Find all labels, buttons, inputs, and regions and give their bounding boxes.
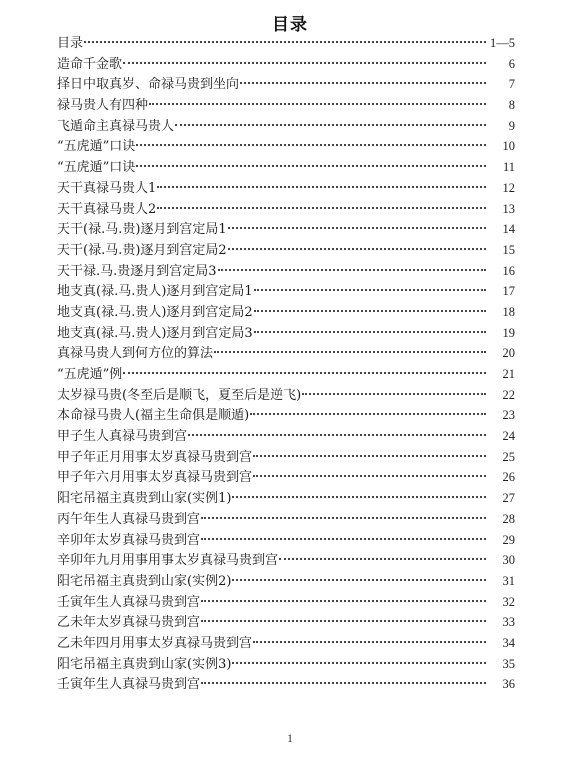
toc-entry: 天干真禄马贵人112 (57, 178, 515, 199)
toc-entry-title: 地支真(禄.马.贵人)逐月到宫定局2 (57, 303, 253, 324)
toc-entry-title: 天干(禄.马.贵)逐月到宫定局1 (57, 220, 227, 241)
toc-entry-page: 30 (489, 550, 515, 571)
page-title: 目录 (0, 10, 580, 35)
toc-entry-page: 28 (489, 509, 515, 530)
toc-entry: 辛卯年九月用事用事太岁真禄马贵到宫30 (57, 550, 515, 571)
toc-entry: 辛卯年太岁真禄马贵到宫29 (57, 530, 515, 551)
dot-leader (123, 62, 486, 64)
toc-entry-title: 目录 (57, 34, 83, 55)
toc-entry-title: “五虎遁”例 (57, 365, 122, 386)
toc-entry-title: 太岁禄马贵(冬至后是顺飞，夏至后是逆飞) (57, 386, 301, 407)
toc-entry: 地支真(禄.马.贵人)逐月到宫定局218 (57, 302, 515, 323)
toc-entry-title: 真禄马贵人到何方位的算法 (57, 344, 213, 365)
dot-leader (228, 227, 486, 229)
dot-leader (254, 310, 486, 312)
dot-leader (232, 496, 486, 498)
dot-leader (201, 517, 486, 519)
toc-entry: 择日中取真岁、命禄马贵到坐向7 (57, 74, 515, 95)
toc-entry-title: 天干真禄马贵人2 (57, 200, 156, 221)
toc-entry-title: 甲子年六月用事太岁真禄马贵到宫 (57, 468, 252, 489)
toc-entry: 甲子年六月用事太岁真禄马贵到宫26 (57, 467, 515, 488)
toc-entry: 天干(禄.马.贵)逐月到宫定局114 (57, 219, 515, 240)
dot-leader (253, 641, 486, 643)
dot-leader (302, 393, 486, 395)
toc-entry: 地支真(禄.马.贵人)逐月到宫定局117 (57, 281, 515, 302)
toc-entry-page: 21 (489, 364, 515, 385)
dot-leader (228, 248, 486, 250)
toc-entry-page: 27 (489, 488, 515, 509)
toc-entry: 太岁禄马贵(冬至后是顺飞，夏至后是逆飞)22 (57, 385, 515, 406)
dot-leader (123, 372, 486, 374)
toc-entry: 天干禄.马.贵逐月到宫定局316 (57, 261, 515, 282)
toc-entry-title: 丙午年生人真禄马贵到宫 (57, 510, 200, 531)
toc-entry-page: 9 (489, 116, 515, 137)
toc-entry: “五虎遁”口诀11 (57, 157, 515, 178)
toc-entry-page: 18 (489, 302, 515, 323)
toc-entry: 地支真(禄.马.贵人)逐月到宫定局319 (57, 323, 515, 344)
dot-leader (188, 434, 486, 436)
dot-leader (254, 289, 486, 291)
toc-entry-title: 壬寅年生人真禄马贵到宫 (57, 593, 200, 614)
toc-entry-title: 地支真(禄.马.贵人)逐月到宫定局1 (57, 282, 253, 303)
toc-entry-page: 26 (489, 467, 515, 488)
toc-entry-title: 壬寅年生人真禄马贵到宫 (57, 675, 200, 696)
toc-entry: 甲子年正月用事太岁真禄马贵到宫25 (57, 447, 515, 468)
dot-leader (214, 351, 486, 353)
toc-entry-page: 34 (489, 633, 515, 654)
toc-entry: “五虎遁”口诀10 (57, 136, 515, 157)
toc-entry-page: 25 (489, 447, 515, 468)
toc-entry-page: 16 (489, 261, 515, 282)
toc-entry-page: 35 (489, 654, 515, 675)
toc-entry-title: 天干禄.马.贵逐月到宫定局3 (57, 262, 217, 283)
dot-leader (149, 103, 486, 105)
toc-entry: 乙未年四月用事太岁真禄马贵到宫34 (57, 633, 515, 654)
toc-entry: 禄马贵人有四种8 (57, 95, 515, 116)
toc-entry: 壬寅年生人真禄马贵到宫36 (57, 674, 515, 695)
toc-entry: 本命禄马贵人(福主生命俱是顺遁)23 (57, 405, 515, 426)
toc-entry-title: 天干真禄马贵人1 (57, 179, 156, 200)
toc-entry: “五虎遁”例21 (57, 364, 515, 385)
dot-leader (232, 662, 486, 664)
toc-entry-page: 1—5 (489, 33, 515, 54)
toc-entry: 天干真禄马贵人213 (57, 199, 515, 220)
dot-leader (254, 331, 486, 333)
toc-entry-page: 8 (489, 95, 515, 116)
dot-leader (136, 144, 486, 146)
dot-leader (253, 455, 486, 457)
toc-entry-page: 7 (489, 74, 515, 95)
dot-leader (201, 538, 486, 540)
toc-entry: 乙未年太岁真禄马贵到宫33 (57, 612, 515, 633)
toc-entry: 造命千金歌6 (57, 54, 515, 75)
toc-entry-page: 29 (489, 530, 515, 551)
toc-entry-page: 19 (489, 323, 515, 344)
toc-entry-page: 22 (489, 385, 515, 406)
toc-entry-title: 本命禄马贵人(福主生命俱是顺遁) (57, 406, 249, 427)
dot-leader (175, 124, 486, 126)
toc-entry: 天干(禄.马.贵)逐月到宫定局215 (57, 240, 515, 261)
toc-entry: 丙午年生人真禄马贵到宫28 (57, 509, 515, 530)
toc-entry-page: 10 (489, 136, 515, 157)
toc-entry: 阳宅吊福主真贵到山家(实例1)27 (57, 488, 515, 509)
dot-leader (218, 269, 486, 271)
toc-entry-title: 阳宅吊福主真贵到山家(实例1) (57, 489, 231, 510)
dot-leader (253, 475, 486, 477)
toc-entry-page: 13 (489, 199, 515, 220)
toc-entry-title: 地支真(禄.马.贵人)逐月到宫定局3 (57, 324, 253, 345)
toc-entry-title: 天干(禄.马.贵)逐月到宫定局2 (57, 241, 227, 262)
toc-entry-title: “五虎遁”口诀 (57, 158, 135, 179)
toc-entry-title: 乙未年太岁真禄马贵到宫 (57, 613, 200, 634)
toc-entry-page: 6 (489, 54, 515, 75)
dot-leader (201, 682, 486, 684)
toc-entry-title: 阳宅吊福主真贵到山家(实例2) (57, 572, 231, 593)
toc-entry: 阳宅吊福主真贵到山家(实例3)35 (57, 654, 515, 675)
toc-entry-page: 23 (489, 405, 515, 426)
toc-entry-page: 11 (489, 157, 515, 178)
toc-entry-title: 阳宅吊福主真贵到山家(实例3) (57, 655, 231, 676)
toc-entry: 壬寅年生人真禄马贵到宫32 (57, 592, 515, 613)
toc-entry-title: 甲子年正月用事太岁真禄马贵到宫 (57, 448, 252, 469)
toc-entry-page: 24 (489, 426, 515, 447)
table-of-contents: 目录1—5造命千金歌6择日中取真岁、命禄马贵到坐向7禄马贵人有四种8飞遁命主真禄… (57, 33, 515, 695)
toc-entry-title: “五虎遁”口诀 (57, 137, 135, 158)
dot-leader (240, 82, 486, 84)
toc-entry-page: 15 (489, 240, 515, 261)
dot-leader (157, 207, 486, 209)
toc-entry-title: 乙未年四月用事太岁真禄马贵到宫 (57, 634, 252, 655)
toc-entry-title: 禄马贵人有四种 (57, 96, 148, 117)
toc-entry-page: 20 (489, 343, 515, 364)
toc-entry-page: 17 (489, 281, 515, 302)
toc-entry-page: 32 (489, 592, 515, 613)
toc-entry: 甲子生人真禄马贵到宫24 (57, 426, 515, 447)
toc-entry-page: 31 (489, 571, 515, 592)
dot-leader (157, 186, 486, 188)
page-number: 1 (0, 731, 580, 746)
toc-entry-title: 辛卯年九月用事用事太岁真禄马贵到宫 (57, 551, 278, 572)
toc-entry-page: 36 (489, 674, 515, 695)
toc-entry: 阳宅吊福主真贵到山家(实例2)31 (57, 571, 515, 592)
dot-leader (201, 600, 486, 602)
toc-entry-title: 飞遁命主真禄马贵人 (57, 117, 174, 138)
dot-leader (201, 620, 486, 622)
dot-leader (250, 413, 486, 415)
dot-leader (84, 41, 486, 43)
dot-leader (232, 579, 486, 581)
toc-entry-title: 辛卯年太岁真禄马贵到宫 (57, 531, 200, 552)
toc-entry-page: 12 (489, 178, 515, 199)
toc-entry-title: 择日中取真岁、命禄马贵到坐向 (57, 75, 239, 96)
dot-leader (279, 558, 486, 560)
toc-entry-title: 造命千金歌 (57, 55, 122, 76)
toc-entry: 目录1—5 (57, 33, 515, 54)
toc-entry: 真禄马贵人到何方位的算法20 (57, 343, 515, 364)
toc-entry-title: 甲子生人真禄马贵到宫 (57, 427, 187, 448)
dot-leader (136, 165, 486, 167)
toc-entry-page: 14 (489, 219, 515, 240)
toc-entry: 飞遁命主真禄马贵人9 (57, 116, 515, 137)
toc-entry-page: 33 (489, 612, 515, 633)
